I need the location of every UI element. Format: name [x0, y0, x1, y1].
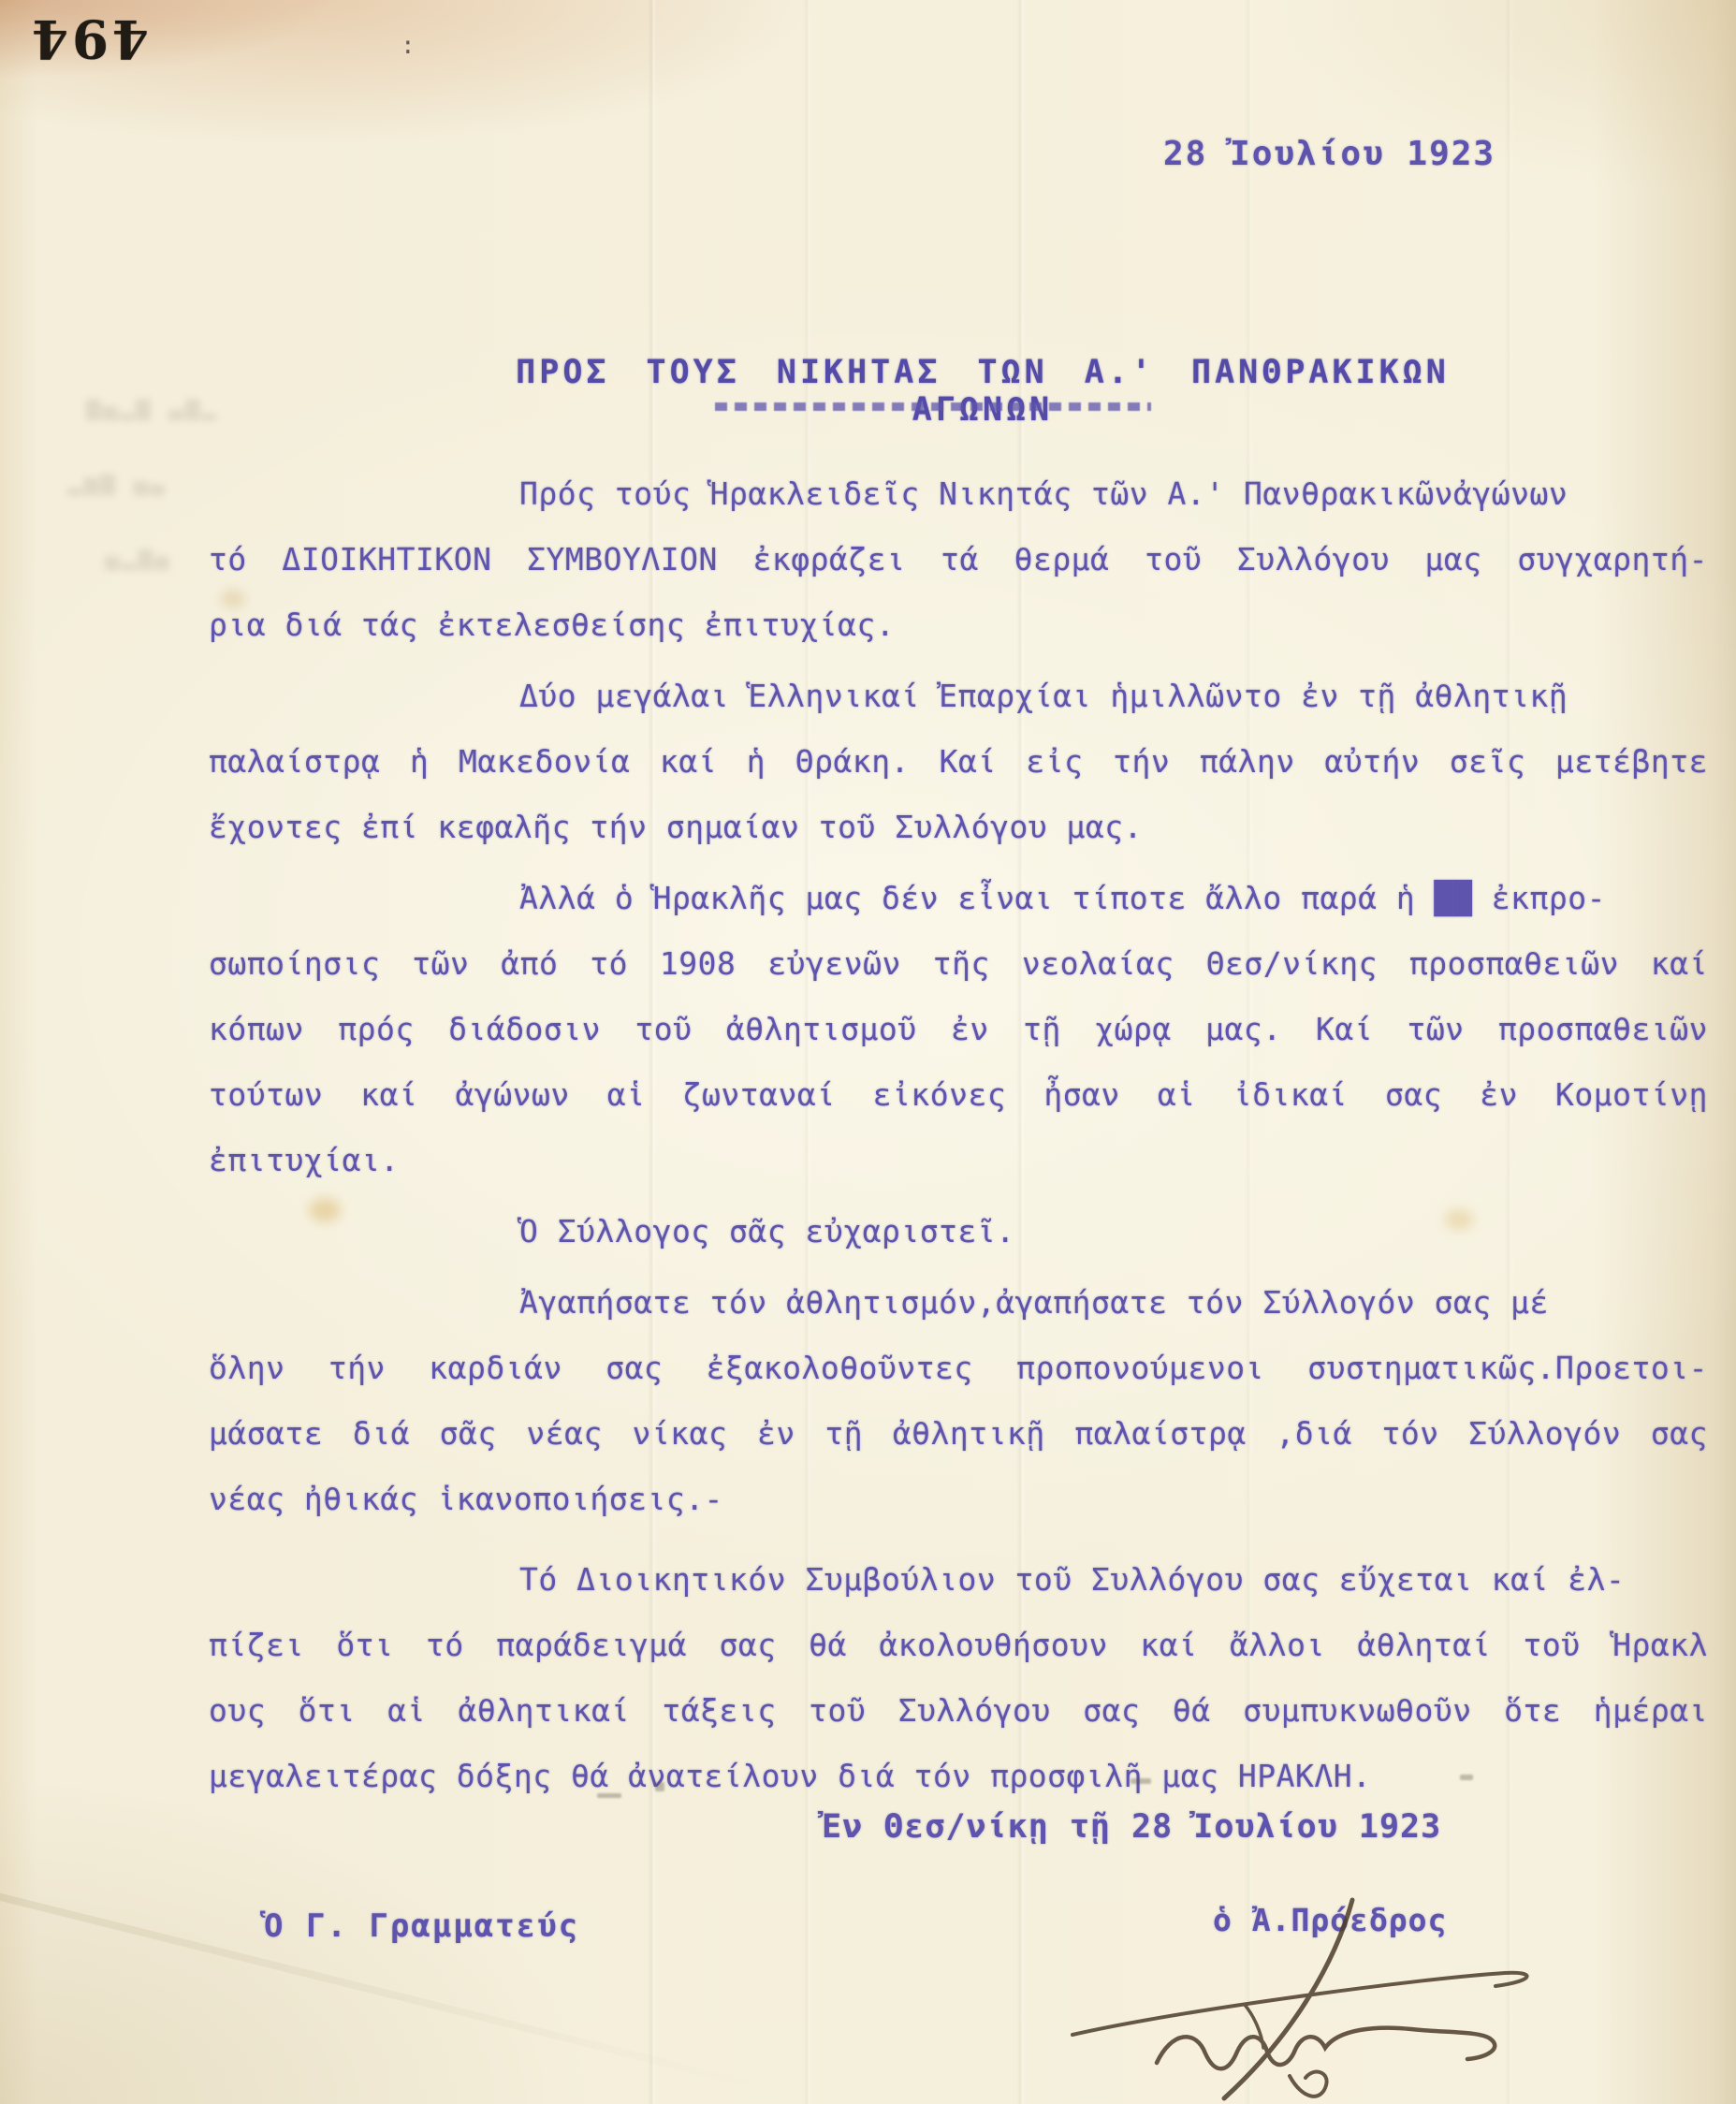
body-line: μάσατε διά σᾶς νέας νίκας ἐν τῇ ἀθλητικῇ…	[209, 1404, 1708, 1469]
body-line: ρια διά τάς ἐκτελεσθείσης ἐπιτυχίας.	[209, 595, 1708, 661]
letter-heading: ΠΡΟΣ ΤΟΥΣ ΝΙΚΗΤΑΣ ΤΩΝ Α.' ΠΑΝΘΡΑΚΙΚΩΝ ΑΓ…	[487, 354, 1479, 429]
closing-place-date: Ἐν Θεσ/νίκῃ τῇ 28 Ἰουλίου 1923	[822, 1808, 1441, 1846]
body-line: σωποίησις τῶν ἀπό τό 1908 εὐγενῶν τῆς νε…	[209, 934, 1708, 1000]
letter-date: 28 Ἰουλίου 1923	[1163, 135, 1495, 173]
body-line: τούτων καί ἀγώνων αἱ ζωνταναί εἰκόνες ἦσ…	[209, 1065, 1708, 1131]
body-line: νέας ἠθικάς ἱκανοποιήσεις.-	[209, 1469, 1708, 1535]
body-line: Πρός τούς Ἡρακλειδεῖς Νικητάς τῶν Α.' Πα…	[209, 464, 1708, 530]
body-line: ἐπιτυχίαι.	[209, 1131, 1708, 1196]
letter-body: Πρός τούς Ἡρακλειδεῖς Νικητάς τῶν Α.' Πα…	[209, 464, 1708, 1812]
body-line: παλαίστρᾳ ἡ Μακεδονία καί ἡ Θράκη. Καί ε…	[209, 732, 1708, 797]
body-line: Ἀλλά ὁ Ἡρακλῆς μας δέν εἶναι τίποτε ἄλλο…	[209, 869, 1708, 934]
ink-bleed-ghost: ▃▄ ▆▅▂	[66, 468, 165, 496]
ink-bleed-ghost: ▂▆▃ ▆▂▄▆	[84, 393, 216, 421]
body-line: μεγαλειτέρας δόξης θά ἀνατείλουν διά τόν…	[209, 1746, 1708, 1812]
body-line: ους ὅτι αἱ ἀθλητικαί τάξεις τοῦ Συλλόγου…	[209, 1681, 1708, 1746]
ink-bleed-ghost: ▄▆▂▄	[103, 543, 169, 571]
ink-colon-mark: :	[401, 32, 416, 60]
body-line: Ἀγαπήσατε τόν ἀθλητισμόν,ἀγαπήσατε τόν Σ…	[209, 1273, 1708, 1338]
body-line: Τό Διοικητικόν Συμβούλιον τοῦ Συλλόγου σ…	[209, 1550, 1708, 1615]
secretary-title: Ὁ Γ. Γραμματεύς	[264, 1907, 579, 1945]
body-line: Ὁ Σύλλογος σᾶς εὐχαριστεῖ.	[209, 1202, 1708, 1267]
body-line: Δύο μεγάλαι Ἑλληνικαί Ἐπαρχίαι ἡμιλλῶντο…	[209, 666, 1708, 732]
president-signature	[1067, 1892, 1554, 2104]
body-line: πίζει ὅτι τό παράδειγμά σας θά ἀκολουθήσ…	[209, 1615, 1708, 1681]
body-line: κόπων πρός διάδοσιν τοῦ ἀθλητισμοῦ ἐν τῇ…	[209, 1000, 1708, 1065]
body-line: ἔχοντες ἐπί κεφαλῆς τήν σημαίαν τοῦ Συλλ…	[209, 797, 1708, 863]
heading-underline	[715, 402, 1151, 411]
scanned-letter-page: ▂▆▃ ▆▂▄▆ ▃▄ ▆▅▂ ▄▆▂▄ 494 : 28 Ἰουλίου 19…	[0, 0, 1736, 2104]
body-line: ὅλην τήν καρδιάν σας ἐξακολοθοῦντες προπ…	[209, 1338, 1708, 1404]
archive-number-stamp: 494	[28, 7, 149, 69]
body-line: τό ΔΙΟΙΚΗΤΙΚΟΝ ΣΥΜΒΟΥΛΙΟΝ ἐκφράζει τά θε…	[209, 530, 1708, 595]
